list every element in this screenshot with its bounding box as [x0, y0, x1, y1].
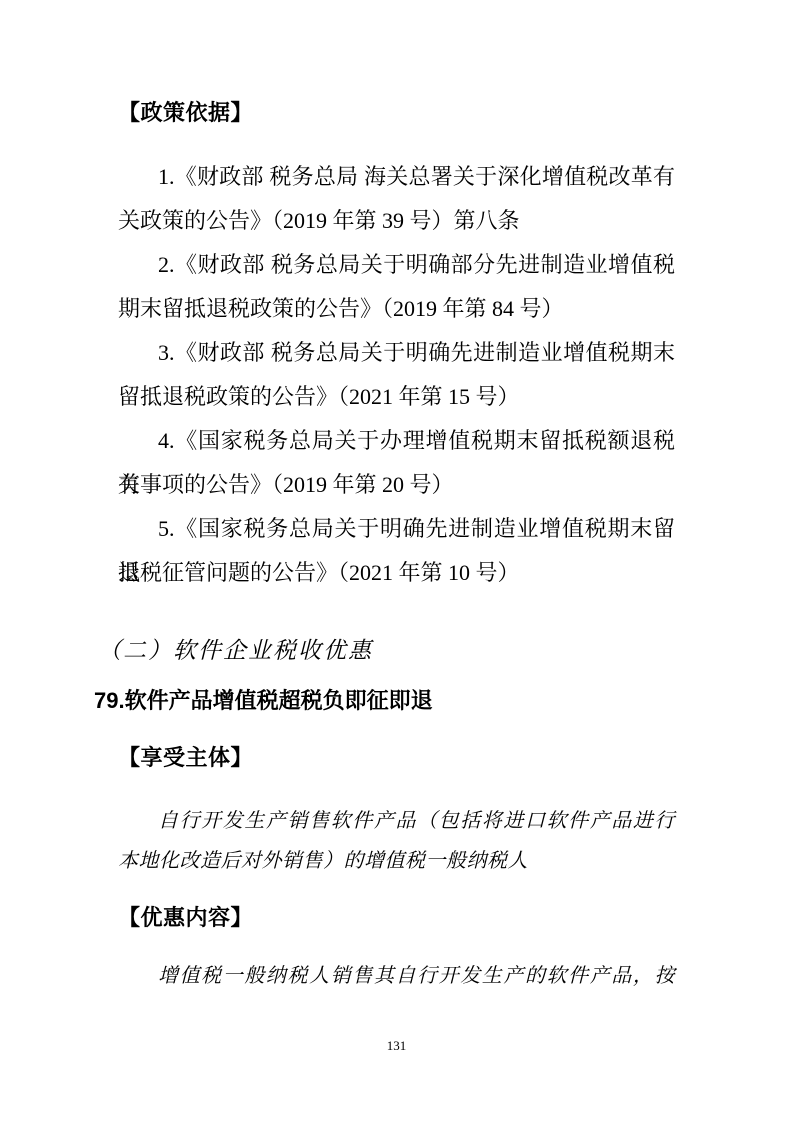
- text-line: 本地化改造后对外销售）的增值税一般纳税人: [118, 841, 675, 881]
- policy-basis-heading: 【政策依据】: [118, 100, 675, 126]
- section-heading: （二）软件企业税收优惠: [98, 636, 675, 666]
- page-number: 131: [0, 1038, 793, 1054]
- item-79-heading: 79.软件产品增值税超税负即征即退: [94, 686, 675, 716]
- text-line: 5.《国家税务总局关于明确先进制造业增值税期末留抵: [118, 507, 675, 551]
- document-content: 【政策依据】 1.《财政部 税务总局 海关总署关于深化增值税改革有 关政策的公告…: [118, 0, 675, 996]
- benefit-body: 增值税一般纳税人销售其自行开发生产的软件产品，按: [118, 956, 675, 996]
- policy-item-5: 5.《国家税务总局关于明确先进制造业增值税期末留抵 退税征管问题的公告》（202…: [118, 507, 675, 595]
- subject-heading: 【享受主体】: [118, 745, 675, 771]
- text-line: 3.《财政部 税务总局关于明确先进制造业增值税期末: [118, 331, 675, 375]
- text-line: 自行开发生产销售软件产品（包括将进口软件产品进行: [118, 801, 675, 841]
- text-line: 1.《财政部 税务总局 海关总署关于深化增值税改革有: [118, 155, 675, 199]
- text-line: 期末留抵退税政策的公告》（2019 年第 84 号）: [118, 287, 675, 331]
- policy-item-3: 3.《财政部 税务总局关于明确先进制造业增值税期末 留抵退税政策的公告》（202…: [118, 331, 675, 419]
- text-line: 4.《国家税务总局关于办理增值税期末留抵税额退税有: [118, 419, 675, 463]
- policy-item-2: 2.《财政部 税务总局关于明确部分先进制造业增值税 期末留抵退税政策的公告》（2…: [118, 243, 675, 331]
- policy-item-1: 1.《财政部 税务总局 海关总署关于深化增值税改革有 关政策的公告》（2019 …: [118, 155, 675, 243]
- benefit-heading: 【优惠内容】: [118, 905, 675, 931]
- policy-item-4: 4.《国家税务总局关于办理增值税期末留抵税额退税有 关事项的公告》（2019 年…: [118, 419, 675, 507]
- document-page: 【政策依据】 1.《财政部 税务总局 海关总署关于深化增值税改革有 关政策的公告…: [0, 0, 793, 1122]
- text-line: 2.《财政部 税务总局关于明确部分先进制造业增值税: [118, 243, 675, 287]
- text-line: 关政策的公告》（2019 年第 39 号）第八条: [118, 199, 675, 243]
- subject-body: 自行开发生产销售软件产品（包括将进口软件产品进行 本地化改造后对外销售）的增值税…: [118, 801, 675, 881]
- text-line: 留抵退税政策的公告》（2021 年第 15 号）: [118, 375, 675, 419]
- text-line: 增值税一般纳税人销售其自行开发生产的软件产品，按: [118, 956, 675, 996]
- text-line: 关事项的公告》（2019 年第 20 号）: [118, 463, 675, 507]
- text-line: 退税征管问题的公告》（2021 年第 10 号）: [118, 551, 675, 595]
